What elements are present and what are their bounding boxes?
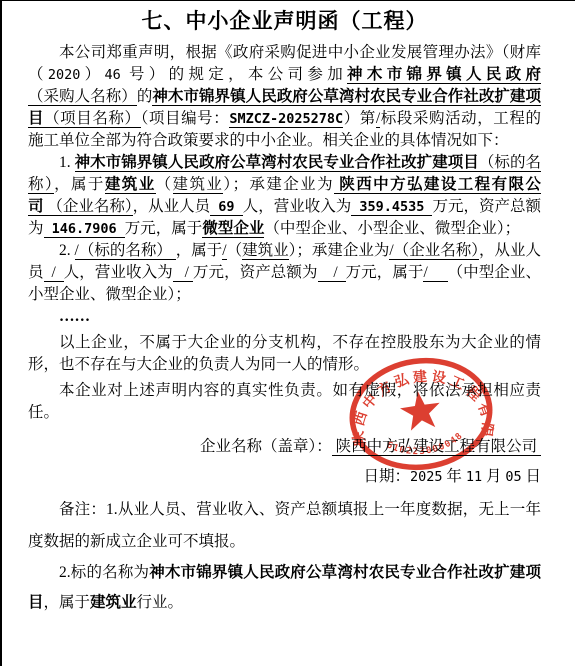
text-segment: 万元，资产总额为 bbox=[193, 264, 318, 281]
text-segment: /（标的名称） bbox=[75, 242, 176, 260]
date-line: 日期：2025 年 11 月 05 日 bbox=[28, 466, 541, 488]
text-segment: （项目名称） bbox=[44, 110, 140, 128]
text-segment: （ bbox=[227, 242, 243, 259]
text-segment: 建筑业 bbox=[242, 242, 289, 260]
text-segment: 企业名称（盖章）： bbox=[200, 438, 332, 455]
text-segment: 万元，属于 bbox=[125, 220, 203, 237]
text-segment: ） bbox=[80, 66, 104, 83]
text-segment: 05 bbox=[505, 469, 521, 485]
text-segment: 146.7906 bbox=[44, 221, 125, 238]
text-segment: 1. bbox=[59, 154, 75, 171]
note-1: 备注：1.从业人员、营业收入、资产总额填报上一年度数据，无上一年度数据的新成立企… bbox=[28, 494, 541, 558]
text-segment: 本企业对上述声明内容的真实性负责。如有虚假，将依法承担相应责任。 bbox=[28, 382, 541, 421]
text-segment: …… bbox=[59, 308, 90, 325]
text-segment: 2.标的名称为 bbox=[59, 564, 149, 581]
enterprise-item-1: 1. 神木市锦界镇人民政府公草湾村农民专业合作社改扩建项目（标的名称），属于建筑… bbox=[28, 152, 541, 240]
note-2: 2.标的名称为神木市锦界镇人民政府公草湾村农民专业合作社改扩建项目，属于建筑业行… bbox=[28, 558, 541, 618]
text-segment: SMZCZ-2025278C bbox=[229, 111, 343, 128]
text-segment: / bbox=[173, 264, 193, 282]
text-segment: 行业。 bbox=[137, 594, 184, 611]
text-segment: 11 bbox=[466, 469, 482, 485]
text-segment: 日期： bbox=[364, 468, 411, 485]
text-segment: 人，营业收入为 bbox=[64, 264, 173, 281]
text-segment: ，属于 bbox=[54, 176, 105, 193]
ellipsis-line: …… bbox=[28, 306, 541, 328]
text-segment: 月 bbox=[482, 468, 505, 485]
text-segment: 2. bbox=[59, 242, 75, 259]
text-segment: 建筑业 bbox=[105, 176, 156, 194]
text-segment: 备注：1.从业人员、营业收入、资产总额填报上一年度数据，无上一年度数据的新成立企… bbox=[28, 501, 541, 550]
text-segment: （ bbox=[156, 176, 173, 193]
document-content: 七、中小企业声明函（工程） 本公司郑重声明，根据《政府采购促进中小企业发展管理办… bbox=[2, 1, 575, 618]
document-page: 七、中小企业声明函（工程） 本公司郑重声明，根据《政府采购促进中小企业发展管理办… bbox=[0, 0, 575, 666]
text-segment: 号）的规定，本公司参加 bbox=[121, 66, 347, 83]
text-segment: （中型企业、小型企业、微型企业）； bbox=[264, 220, 520, 237]
text-segment: 以上企业，不属于大企业的分支机构，不存在控股股东为大企业的情形，也不存在与大企业… bbox=[28, 334, 541, 373]
text-segment: ，属于 bbox=[44, 594, 91, 611]
text-segment: 46 bbox=[105, 67, 121, 83]
text-segment: 微型企业 bbox=[202, 220, 264, 238]
text-segment: /（企业名称） bbox=[389, 242, 479, 260]
intro-paragraph: 本公司郑重声明，根据《政府采购促进中小企业发展管理办法》（财库（2020）46 … bbox=[28, 42, 541, 152]
text-segment: 万元，属于 bbox=[346, 264, 424, 281]
text-segment: / bbox=[44, 264, 64, 282]
text-segment: ）；承建企业为 bbox=[223, 176, 334, 193]
text-segment: / bbox=[318, 264, 346, 282]
text-segment: 建筑业 bbox=[90, 594, 137, 611]
text-segment: 神木市锦界镇人民政府公草湾村农民专业合作社改扩建项目 bbox=[75, 154, 479, 172]
text-segment: 神木市锦界镇人民政府 bbox=[347, 66, 541, 84]
text-segment: 日 bbox=[522, 468, 541, 485]
text-segment: 陕西中方弘建设工程有限公司 bbox=[332, 438, 541, 456]
text-segment: ，从业人员 bbox=[133, 198, 211, 215]
text-segment: / bbox=[423, 264, 447, 282]
text-segment: （项目编号： bbox=[141, 110, 230, 127]
document-title: 七、中小企业声明函（工程） bbox=[28, 6, 541, 36]
text-segment: 2025 bbox=[410, 469, 443, 485]
text-segment: （企业名称） bbox=[47, 198, 132, 216]
no-branch-paragraph: 以上企业，不属于大企业的分支机构，不存在控股股东为大企业的情形，也不存在与大企业… bbox=[28, 332, 541, 376]
text-segment: ）；承建企业为 bbox=[289, 242, 390, 259]
text-segment: ）第 bbox=[343, 110, 376, 127]
responsibility-paragraph: 本企业对上述声明内容的真实性负责。如有虚假，将依法承担相应责任。 bbox=[28, 380, 541, 424]
text-segment: 69 bbox=[210, 199, 243, 216]
text-segment: 年 bbox=[443, 468, 466, 485]
text-segment: 2020 bbox=[48, 67, 81, 83]
text-segment: （采购人名称） bbox=[28, 88, 137, 106]
company-signature-line: 企业名称（盖章）： 陕西中方弘建设工程有限公司 bbox=[28, 436, 541, 458]
text-segment: 人，营业收入为 bbox=[243, 198, 352, 215]
enterprise-item-2: 2. /（标的名称） ，属于/（建筑业）；承建企业为/（企业名称），从业人员 /… bbox=[28, 240, 541, 306]
text-segment: ，属于 bbox=[176, 242, 223, 259]
text-segment: 的 bbox=[137, 88, 153, 105]
text-segment: 建筑业 bbox=[173, 176, 224, 194]
text-segment: 359.4535 bbox=[351, 199, 432, 216]
